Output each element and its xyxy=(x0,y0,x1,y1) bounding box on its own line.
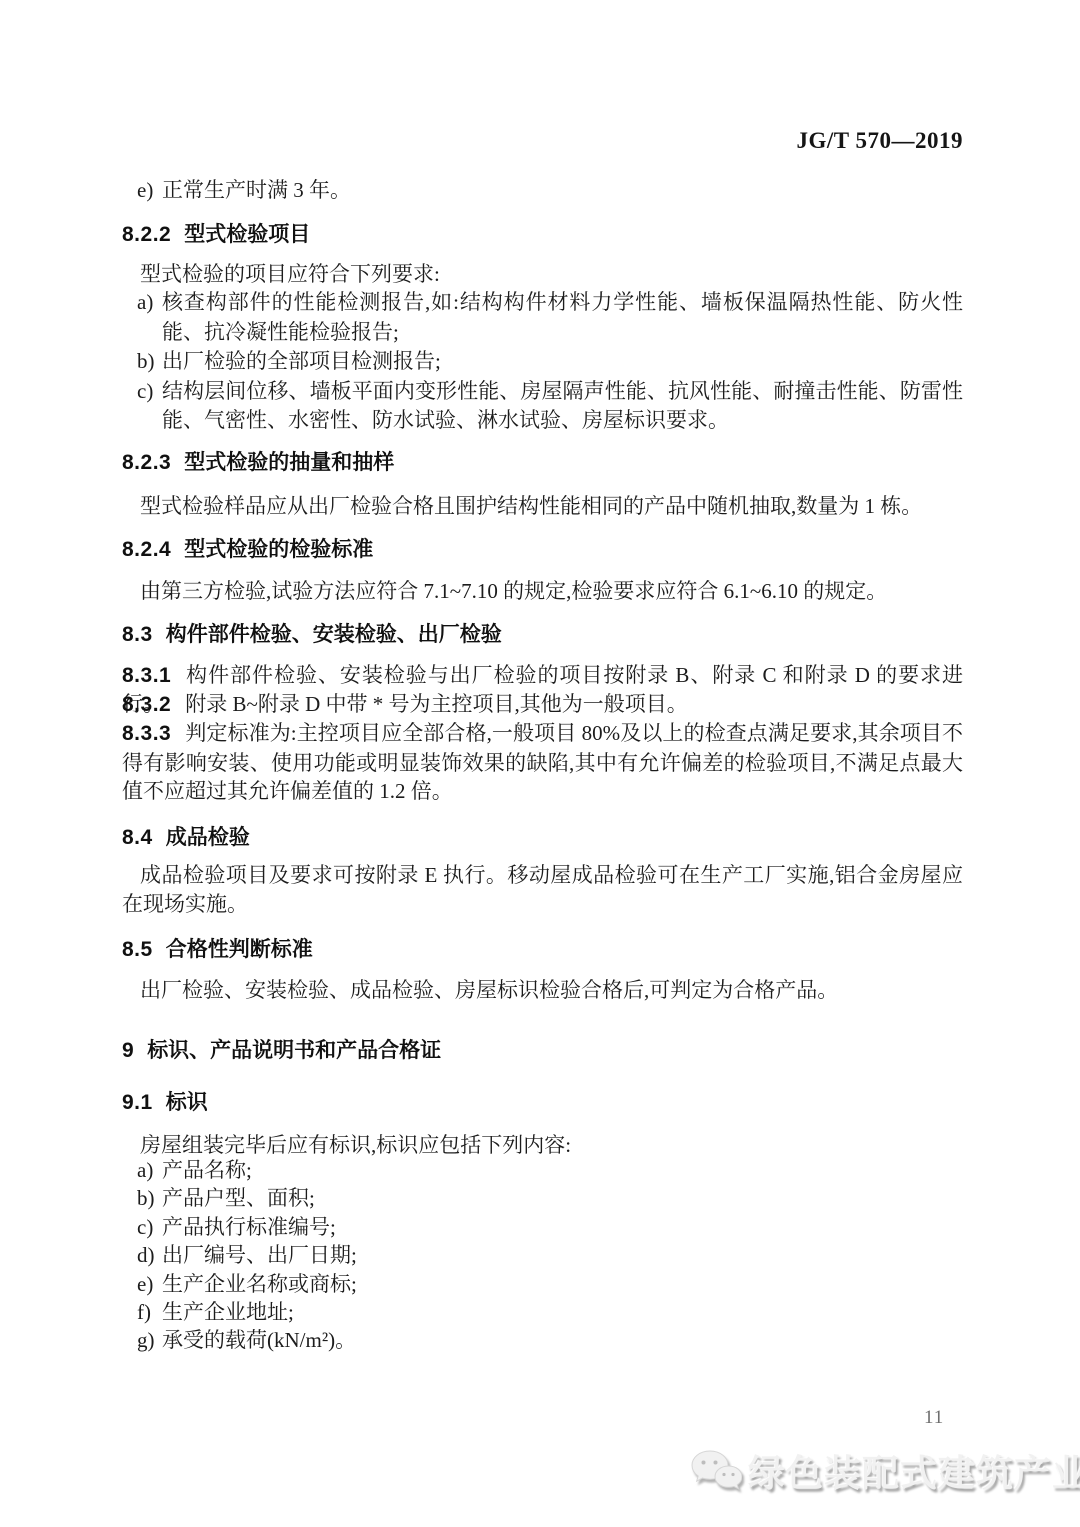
list-item: g) 承受的载荷(kN/m²)。 xyxy=(122,1326,963,1354)
list-item-text: 产品执行标准编号; xyxy=(162,1215,336,1239)
watermark: 绿色装配式建筑产业分会 xyxy=(690,1448,1080,1500)
section-heading-8-2-4: 8.2.4型式检验的检验标准 xyxy=(122,535,963,564)
list-item-text: 出厂检验的全部项目检测报告; xyxy=(162,349,441,373)
page-number: 11 xyxy=(924,1403,944,1432)
clause-8-3-2: 8.3.2附录 B~附录 D 中带 * 号为主控项目,其他为一般项目。 xyxy=(122,690,963,719)
wechat-icon xyxy=(690,1448,742,1500)
paragraph: 型式检验的项目应符合下列要求: xyxy=(122,260,963,289)
list-item-text: 结构层间位移、墙板平面内变形性能、房屋隔声性能、抗风性能、耐撞击性能、防雷性能、… xyxy=(162,379,963,433)
paragraph: 型式检验样品应从出厂检验合格且围护结构性能相同的产品中随机抽取,数量为 1 栋。 xyxy=(122,492,963,521)
list-item: a) 产品名称; xyxy=(122,1156,963,1184)
clause-number: 8.3.1 xyxy=(122,664,171,687)
section-number: 8.2.3 xyxy=(122,448,171,477)
list-item-text: 出厂编号、出厂日期; xyxy=(162,1243,357,1267)
list-item: d) 出厂编号、出厂日期; xyxy=(122,1241,963,1269)
section-heading-8-2-3: 8.2.3型式检验的抽量和抽样 xyxy=(122,448,963,477)
list-item: b) 产品户型、面积; xyxy=(122,1184,963,1212)
watermark-text: 绿色装配式建筑产业分会 xyxy=(748,1451,1080,1497)
list-item-label: f) xyxy=(137,1298,151,1326)
clause-text: 附录 B~附录 D 中带 * 号为主控项目,其他为一般项目。 xyxy=(185,692,688,716)
clause-text: 判定标准为:主控项目应全部合格,一般项目 80%及以上的检查点满足要求,其余项目… xyxy=(122,721,963,803)
section-number: 8.3 xyxy=(122,620,153,649)
section-heading-8-4: 8.4成品检验 xyxy=(122,823,963,852)
section-heading-8-5: 8.5合格性判断标准 xyxy=(122,935,963,964)
list-item-label: e) xyxy=(137,1270,153,1298)
section-title: 成品检验 xyxy=(166,826,250,849)
list-item: e) 正常生产时满 3 年。 xyxy=(122,176,1080,205)
list-item-label: e) xyxy=(137,176,153,205)
list-item-text: 承受的载荷(kN/m²)。 xyxy=(162,1328,356,1352)
section-title: 构件部件检验、安装检验、出厂检验 xyxy=(166,623,502,646)
section-number: 8.5 xyxy=(122,935,153,964)
section-heading-8-3: 8.3构件部件检验、安装检验、出厂检验 xyxy=(122,620,963,649)
lettered-list: a) 核查构部件的性能检测报告,如:结构构件材料力学性能、墙板保温隔热性能、防火… xyxy=(122,288,963,436)
section-number: 8.4 xyxy=(122,823,153,852)
section-number: 8.2.2 xyxy=(122,220,171,249)
list-item: e) 生产企业名称或商标; xyxy=(122,1270,963,1298)
list-item-label: b) xyxy=(137,347,155,377)
chapter-heading-9: 9标识、产品说明书和产品合格证 xyxy=(122,1036,963,1065)
chapter-title: 标识、产品说明书和产品合格证 xyxy=(147,1039,441,1062)
list-item-text: 正常生产时满 3 年。 xyxy=(162,178,351,202)
paragraph: 由第三方检验,试验方法应符合 7.1~7.10 的规定,检验要求应符合 6.1~… xyxy=(122,577,963,606)
list-item-text: 生产企业地址; xyxy=(162,1300,294,1324)
list-item-label: a) xyxy=(137,1156,153,1184)
list-item: c) 结构层间位移、墙板平面内变形性能、房屋隔声性能、抗风性能、耐撞击性能、防雷… xyxy=(122,377,963,436)
list-item-label: c) xyxy=(137,1213,153,1241)
paragraph: 成品检验项目及要求可按附录 E 执行。移动屋成品检验可在生产工厂实施,铝合金房屋… xyxy=(122,861,963,919)
list-item-label: g) xyxy=(137,1326,155,1354)
clause-8-3-3: 8.3.3判定标准为:主控项目应全部合格,一般项目 80%及以上的检查点满足要求… xyxy=(122,719,963,806)
paragraph: 出厂检验、安装检验、成品检验、房屋标识检验合格后,可判定为合格产品。 xyxy=(122,976,963,1005)
doc-code-header: JG/T 570—2019 xyxy=(797,126,963,155)
clause-number: 8.3.2 xyxy=(122,693,171,716)
list-item-text: 核查构部件的性能检测报告,如:结构构件材料力学性能、墙板保温隔热性能、防火性能、… xyxy=(162,290,963,344)
section-number: 8.2.4 xyxy=(122,535,171,564)
list-item: c) 产品执行标准编号; xyxy=(122,1213,963,1241)
section-title: 标识 xyxy=(166,1091,208,1114)
list-item: f) 生产企业地址; xyxy=(122,1298,963,1326)
list-item-text: 产品名称; xyxy=(162,1158,252,1182)
section-number: 9.1 xyxy=(122,1088,153,1117)
list-item-label: c) xyxy=(137,377,153,407)
list-item-label: b) xyxy=(137,1184,155,1212)
lettered-list: a) 产品名称; b) 产品户型、面积; c) 产品执行标准编号; d) 出厂编… xyxy=(122,1156,963,1355)
section-heading-8-2-2: 8.2.2型式检验项目 xyxy=(122,220,963,249)
section-heading-9-1: 9.1标识 xyxy=(122,1088,963,1117)
list-item-label: d) xyxy=(137,1241,155,1269)
section-title: 型式检验的抽量和抽样 xyxy=(184,451,394,474)
clause-number: 8.3.3 xyxy=(122,722,171,745)
list-item-label: a) xyxy=(137,288,153,318)
list-item-text: 生产企业名称或商标; xyxy=(162,1272,357,1296)
list-item-text: 产品户型、面积; xyxy=(162,1186,315,1210)
chapter-number: 9 xyxy=(122,1036,134,1065)
document-page: JG/T 570—2019 e) 正常生产时满 3 年。 8.2.2型式检验项目… xyxy=(0,0,1080,1527)
section-title: 型式检验的检验标准 xyxy=(184,538,373,561)
section-title: 型式检验项目 xyxy=(184,223,310,246)
list-item: b) 出厂检验的全部项目检测报告; xyxy=(122,347,963,377)
section-title: 合格性判断标准 xyxy=(166,938,313,961)
list-item: a) 核查构部件的性能检测报告,如:结构构件材料力学性能、墙板保温隔热性能、防火… xyxy=(122,288,963,347)
